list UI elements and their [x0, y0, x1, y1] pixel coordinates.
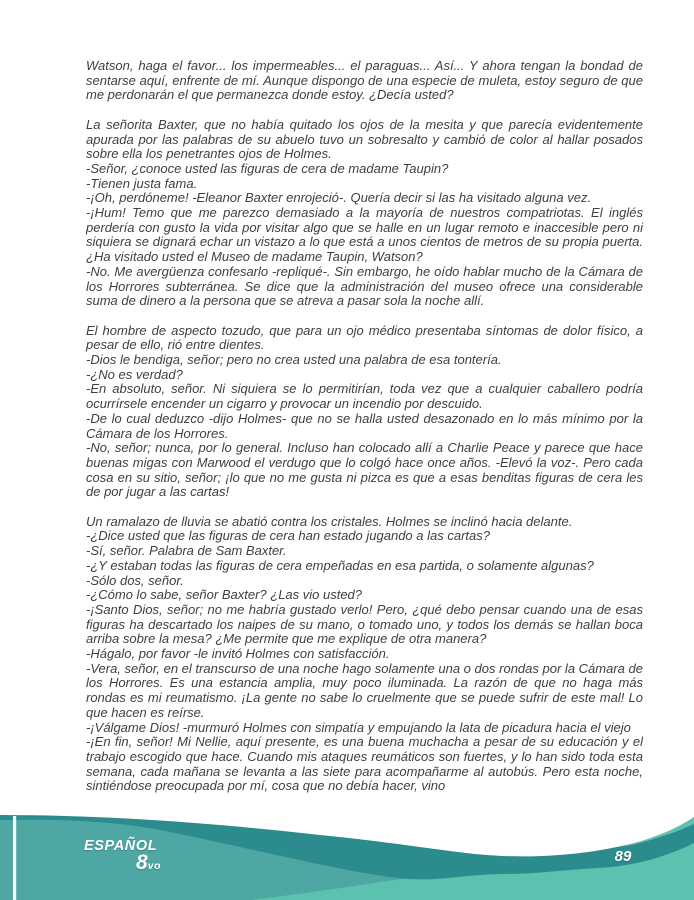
book-page: { "document": { "language": "es", "text_…: [0, 0, 694, 900]
paragraph-block: Un ramalazo de lluvia se abatió contra l…: [86, 515, 643, 794]
paragraph: -No. Me avergüenza confesarlo -repliqué-…: [86, 265, 643, 309]
paragraph-block: Watson, haga el favor... los impermeable…: [86, 59, 643, 103]
paragraph: -¿Cómo lo sabe, señor Baxter? ¿Las vio u…: [86, 588, 643, 603]
paragraph: -¡Hum! Temo que me parezco demasiado a l…: [86, 206, 643, 265]
paragraph: -Dios le bendiga, señor; pero no crea us…: [86, 353, 643, 368]
espanol-8vo-logo: ESPAÑOL 8vo: [84, 839, 164, 873]
paragraph: -Sólo dos, señor.: [86, 574, 643, 589]
logo-grade-suffix: vo: [148, 860, 161, 872]
left-divider-line: [13, 816, 16, 900]
paragraph-block: La señorita Baxter, que no había quitado…: [86, 118, 643, 309]
paragraph: -¡Santo Dios, señor; no me habría gustad…: [86, 603, 643, 647]
paragraph: -¿Y estaban todas las figuras de cera em…: [86, 559, 643, 574]
paragraph: El hombre de aspecto tozudo, que para un…: [86, 324, 643, 353]
logo-grade: 8vo: [84, 852, 164, 873]
paragraph: -Hágalo, por favor -le invitó Holmes con…: [86, 647, 643, 662]
paragraph: -Vera, señor, en el transcurso de una no…: [86, 662, 643, 721]
logo-grade-number: 8: [136, 851, 148, 874]
text-blocks: Watson, haga el favor... los impermeable…: [86, 59, 643, 794]
paragraph-block: El hombre de aspecto tozudo, que para un…: [86, 324, 643, 500]
paragraph: -Señor, ¿conoce usted las figuras de cer…: [86, 162, 643, 177]
paragraph: -¡Oh, perdóneme! -Eleanor Baxter enrojec…: [86, 191, 643, 206]
paragraph: -No, señor; nunca, por lo general. Inclu…: [86, 441, 643, 500]
page-number: 89: [605, 848, 641, 865]
paragraph: -¿No es verdad?: [86, 368, 643, 383]
paragraph: Watson, haga el favor... los impermeable…: [86, 59, 643, 103]
paragraph: Un ramalazo de lluvia se abatió contra l…: [86, 515, 643, 530]
paragraph: -De lo cual deduzco -dijo Holmes- que no…: [86, 412, 643, 441]
paragraph: -En absoluto, señor. Ni siquiera se lo p…: [86, 382, 643, 411]
paragraph: La señorita Baxter, que no había quitado…: [86, 118, 643, 162]
paragraph: -¡En fin, señor! Mi Nellie, aquí present…: [86, 735, 643, 794]
paragraph: -¿Dice usted que las figuras de cera han…: [86, 529, 643, 544]
paragraph: -¡Válgame Dios! -murmuró Holmes con simp…: [86, 721, 643, 736]
paragraph: -Tienen justa fama.: [86, 177, 643, 192]
page-body: Watson, haga el favor... los impermeable…: [86, 59, 643, 794]
paragraph: -Sí, señor. Palabra de Sam Baxter.: [86, 544, 643, 559]
